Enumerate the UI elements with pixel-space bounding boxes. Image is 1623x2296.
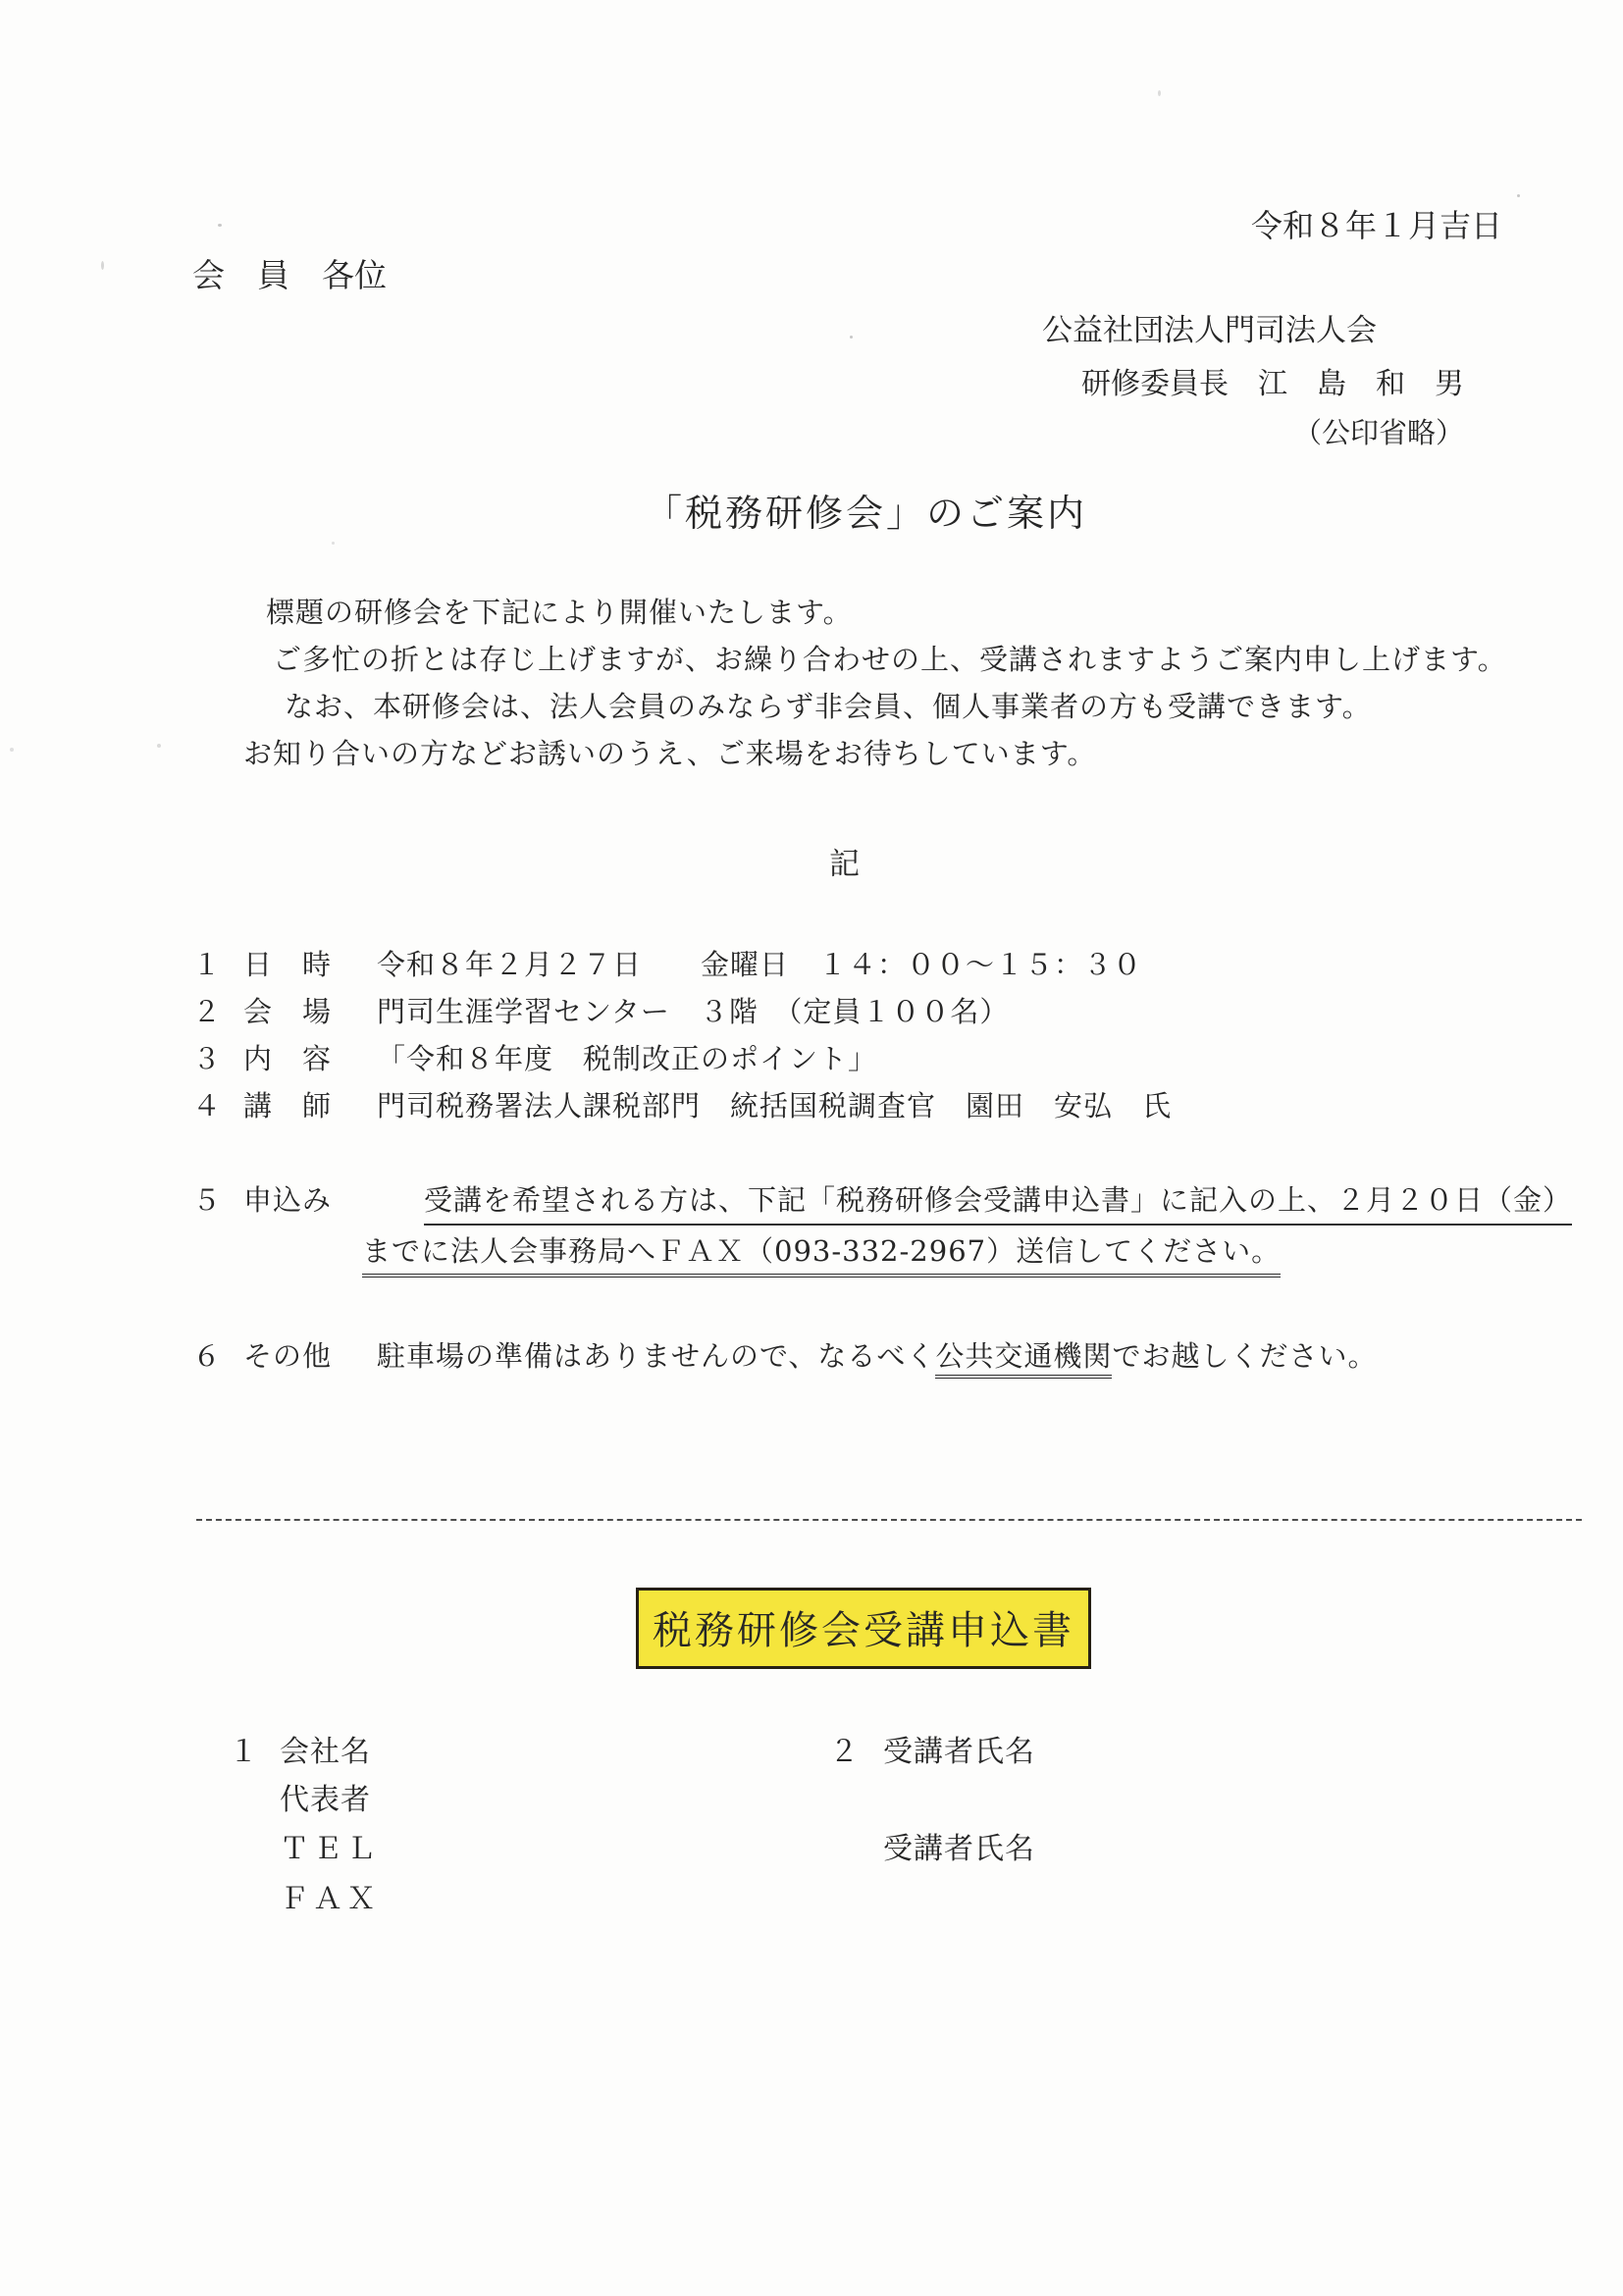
scanned-letter-page: 令和８年１月吉日 会 員 各位 公益社団法人門司法人会 研修委員長 江 島 和 … bbox=[0, 0, 1623, 2296]
form-field-representative: 代表者 bbox=[280, 1775, 371, 1818]
other-note-pre: 駐車場の準備はありませんので、なるべく bbox=[377, 1339, 935, 1373]
form-field-attendee-name-2: 受講者氏名 bbox=[883, 1824, 1035, 1867]
item-number: １ bbox=[192, 943, 222, 983]
scan-speck bbox=[101, 261, 104, 270]
form-field-attendee-name-1: 受講者氏名 bbox=[883, 1727, 1035, 1770]
item-number: ６ bbox=[192, 1334, 222, 1375]
body-line: 標題の研修会を下記により開催いたします。 bbox=[266, 591, 853, 631]
form-section1-number: １ bbox=[229, 1727, 259, 1770]
item-label: 日 時 bbox=[243, 943, 332, 983]
form-field-fax: ＦＡＸ bbox=[280, 1874, 380, 1917]
item-text: 令和８年２月２７日 金曜日 １４：００～１５：３０ bbox=[377, 943, 1142, 983]
application-instruction-line1: 受講を希望される方は、下記「税務研修会受講申込書」に記入の上、２月２０日（金） bbox=[424, 1178, 1572, 1226]
scan-speck bbox=[332, 542, 335, 545]
item-label: 内 容 bbox=[243, 1037, 332, 1077]
item-text: 門司税務署法人課税部門 統括国税調査官 園田 安弘 氏 bbox=[377, 1084, 1172, 1124]
item-text: 駐車場の準備はありませんので、なるべく公共交通機関でお越しください。 bbox=[377, 1334, 1377, 1375]
scan-speck bbox=[850, 336, 853, 339]
item-label: 会 場 bbox=[243, 990, 332, 1030]
application-instruction-line2: までに法人会事務局へＦＡＸ（093-332-2967）送信してください。 bbox=[362, 1229, 1281, 1278]
record-marker: 記 bbox=[829, 839, 860, 883]
scan-speck bbox=[157, 744, 161, 748]
dashed-cut-line bbox=[196, 1519, 1582, 1521]
item-text: 「令和８年度 税制改正のポイント」 bbox=[377, 1037, 877, 1077]
body-line: ご多忙の折とは存じ上げますが、お繰り合わせの上、受講されますようご案内申し上げま… bbox=[273, 638, 1507, 678]
public-transport-emphasis: 公共交通機関 bbox=[935, 1339, 1112, 1379]
item-number: ４ bbox=[192, 1084, 222, 1124]
document-title: 「税務研修会」のご案内 bbox=[645, 483, 1087, 537]
sender-name: 研修委員長 江 島 和 男 bbox=[1081, 359, 1464, 402]
body-line: なお、本研修会は、法人会員のみならず非会員、個人事業者の方も受講できます。 bbox=[285, 685, 1372, 725]
form-field-company-name: 会社名 bbox=[280, 1727, 371, 1770]
seal-omitted-note: （公印省略） bbox=[1293, 411, 1464, 451]
item-number: ２ bbox=[192, 990, 222, 1030]
scan-speck bbox=[1517, 194, 1520, 197]
item-label: 講 師 bbox=[243, 1084, 332, 1124]
item-text: 門司生涯学習センター ３階 （定員１００名） bbox=[377, 990, 1009, 1030]
item-label: 申込み bbox=[243, 1178, 332, 1219]
form-title-box: 税務研修会受講申込書 bbox=[636, 1588, 1091, 1669]
form-field-tel: ＴＥＬ bbox=[280, 1824, 380, 1867]
recipient-line: 会 員 各位 bbox=[192, 250, 387, 296]
organization-name: 公益社団法人門司法人会 bbox=[1042, 305, 1377, 349]
body-line: お知り合いの方などお誘いのうえ、ご来場をお待ちしています。 bbox=[243, 732, 1096, 772]
letter-date: 令和８年１月吉日 bbox=[1251, 201, 1502, 246]
scan-speck bbox=[1158, 90, 1161, 96]
scan-speck bbox=[10, 748, 14, 752]
item-number: ３ bbox=[192, 1037, 222, 1077]
item-label: その他 bbox=[243, 1334, 332, 1375]
scan-speck bbox=[218, 224, 222, 227]
form-section2-number: ２ bbox=[829, 1727, 860, 1770]
item-number: ５ bbox=[192, 1178, 222, 1219]
other-note-post: でお越しください。 bbox=[1112, 1339, 1377, 1373]
form-title: 税務研修会受講申込書 bbox=[653, 1608, 1074, 1653]
